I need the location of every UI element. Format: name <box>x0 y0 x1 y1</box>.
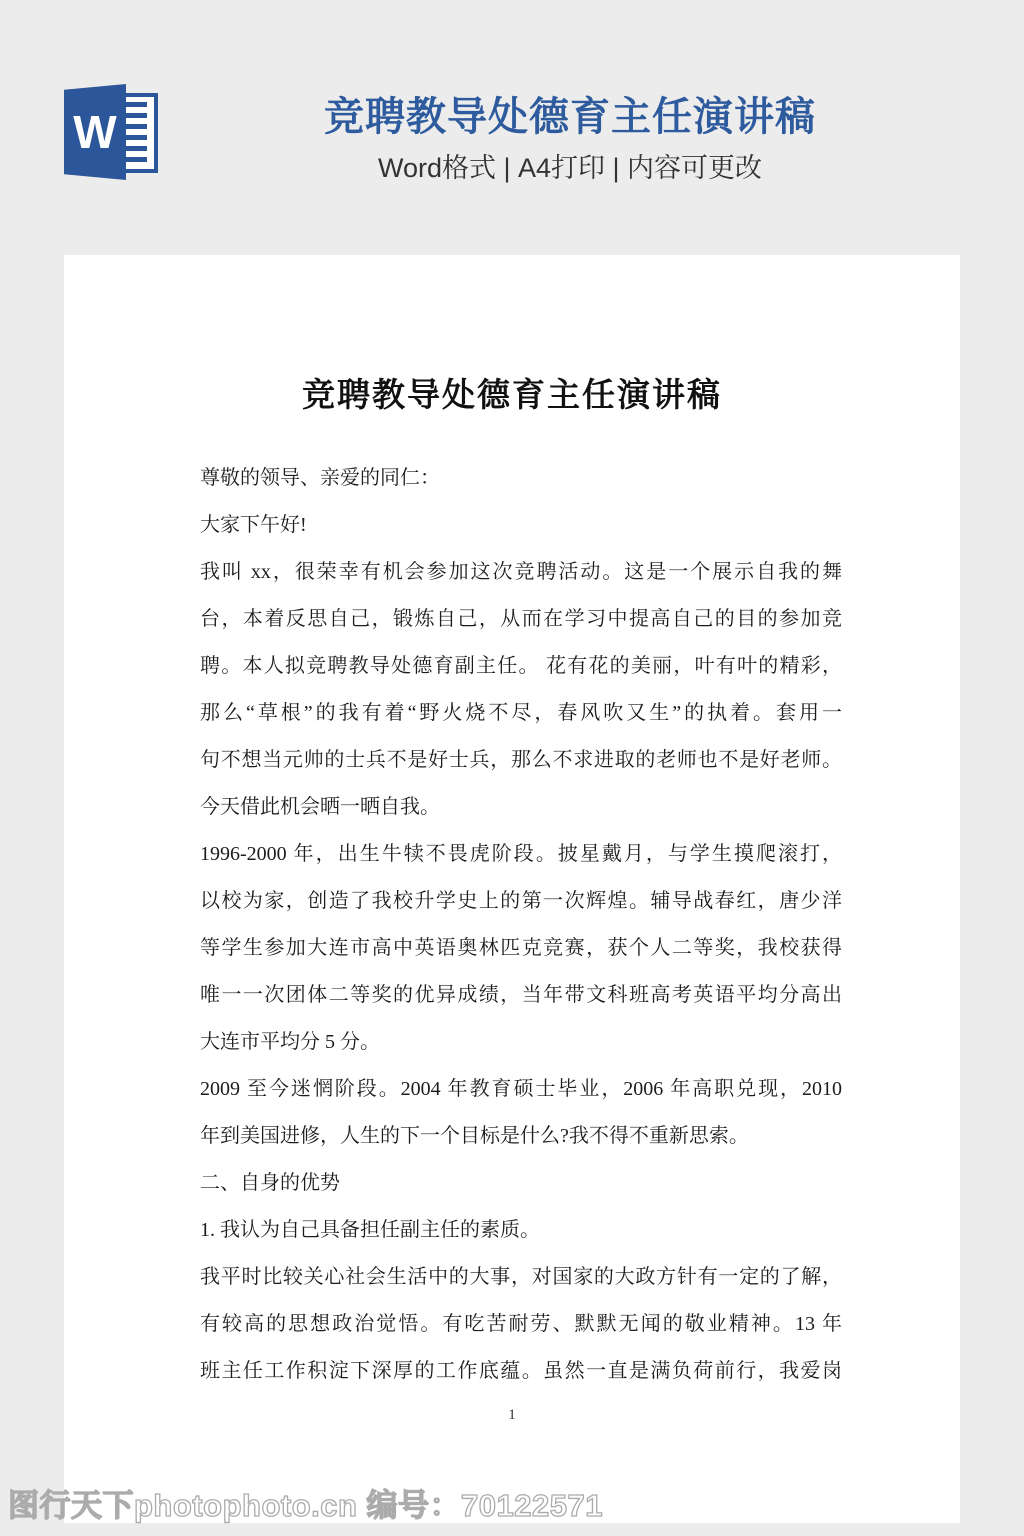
document-line: 我平时比较关心社会生活中的大事，对国家的大政方针有一定的了解， <box>200 1254 842 1301</box>
template-subtitle: Word格式 | A4打印 | 内容可更改 <box>160 152 980 184</box>
document-line: 班主任工作积淀下深厚的工作底蕴。虽然一直是满负荷前行，我爱岗 <box>200 1348 842 1395</box>
document-page: 竞聘教导处德育主任演讲稿 尊敬的领导、亲爱的同仁： 大家下午好! 我叫 xx，很… <box>64 255 960 1523</box>
document-line: 1996-2000 年，出生牛犊不畏虎阶段。披星戴月，与学生摸爬滚打， <box>200 831 842 878</box>
word-icon-letter: W <box>73 105 116 159</box>
document-line: 有较高的思想政治觉悟。有吃苦耐劳、默默无闻的敬业精神。13 年 <box>200 1301 842 1348</box>
document-line: 2009 至今迷惘阶段。2004 年教育硕士毕业，2006 年高职兑现，2010 <box>200 1066 842 1113</box>
document-line: 今天借此机会晒一晒自我。 <box>200 784 842 831</box>
template-title: 竞聘教导处德育主任演讲稿 <box>160 94 980 140</box>
document-line: 二、自身的优势 <box>200 1160 842 1207</box>
header-text-block: 竞聘教导处德育主任演讲稿 Word格式 | A4打印 | 内容可更改 <box>160 94 980 184</box>
document-line: 唯一一次团体二等奖的优异成绩，当年带文科班高考英语平均分高出 <box>200 972 842 1019</box>
document-line: 台，本着反思自己，锻炼自己，从而在学习中提高自己的目的参加竞 <box>200 596 842 643</box>
document-line: 聘。本人拟竞聘教导处德育副主任。 花有花的美丽，叶有叶的精彩， <box>200 643 842 690</box>
document-line: 句不想当元帅的士兵不是好士兵，那么不求进取的老师也不是好老师。 <box>200 737 842 784</box>
document-line: 那么“草根”的我有着“野火烧不尽，春风吹又生”的执着。套用一 <box>200 690 842 737</box>
word-icon: W <box>64 84 158 180</box>
document-line: 年到美国进修，人生的下一个目标是什么?我不得不重新思索。 <box>200 1113 842 1160</box>
document-line: 我叫 xx，很荣幸有机会参加这次竞聘活动。这是一个展示自我的舞 <box>200 549 842 596</box>
page-number: 1 <box>64 1407 960 1424</box>
document-line: 以校为家，创造了我校升学史上的第一次辉煌。辅导战春红，唐少洋 <box>200 878 842 925</box>
document-line: 尊敬的领导、亲爱的同仁： <box>200 455 842 502</box>
word-w-panel: W <box>64 84 126 180</box>
document-line: 大连市平均分 5 分。 <box>200 1019 842 1066</box>
document-title: 竞聘教导处德育主任演讲稿 <box>64 369 960 416</box>
document-body: 尊敬的领导、亲爱的同仁： 大家下午好! 我叫 xx，很荣幸有机会参加这次竞聘活动… <box>200 455 842 1395</box>
document-line: 等学生参加大连市高中英语奥林匹克竞赛，获个人二等奖，我校获得 <box>200 925 842 972</box>
document-line: 大家下午好! <box>200 502 842 549</box>
watermark-text: 图行天下photophoto.cn 编号：70122571 <box>8 1487 603 1525</box>
document-line: 1. 我认为自己具备担任副主任的素质。 <box>200 1207 842 1254</box>
